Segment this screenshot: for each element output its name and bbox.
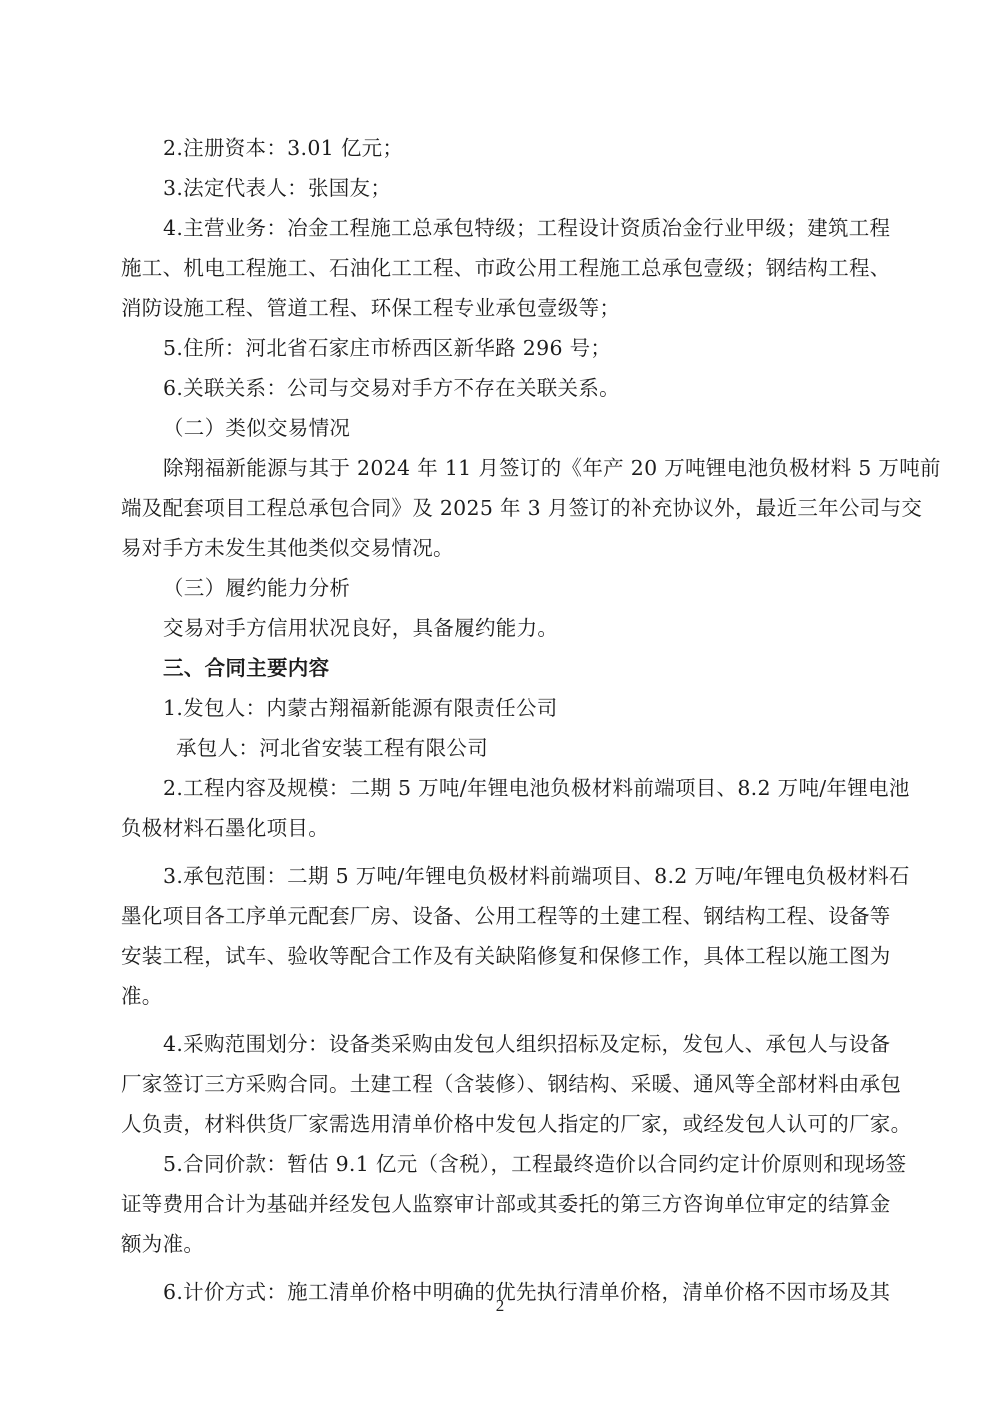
- text-line-heading-capacity: （三）履约能力分析: [121, 568, 883, 608]
- text-line-main-business-3: 消防设施工程、管道工程、环保工程专业承包壹级等；: [121, 288, 883, 328]
- document-page: 2.注册资本：3.01 亿元；3.法定代表人：张国友；4.主营业务：冶金工程施工…: [0, 0, 1000, 1414]
- text-line-range-1: 3.承包范围：二期 5 万吨/年锂电负极材料前端项目、8.2 万吨/年锂电负极材…: [121, 856, 883, 896]
- text-line-contractor: 承包人：河北省安装工程有限公司: [121, 728, 883, 768]
- text-line-legal-rep: 3.法定代表人：张国友；: [121, 168, 883, 208]
- text-line-range-2: 墨化项目各工序单元配套厂房、设备、公用工程等的土建工程、钢结构工程、设备等: [121, 896, 883, 936]
- text-line-similar-2: 端及配套项目工程总承包合同》及 2025 年 3 月签订的补充协议外，最近三年公…: [121, 488, 883, 528]
- text-line-main-business-1: 4.主营业务：冶金工程施工总承包特级；工程设计资质冶金行业甲级；建筑工程: [121, 208, 883, 248]
- text-line-procure-2: 厂家签订三方采购合同。土建工程（含装修）、钢结构、采暖、通风等全部材料由承包: [121, 1064, 883, 1104]
- text-line-address: 5.住所：河北省石家庄市桥西区新华路 296 号；: [121, 328, 883, 368]
- text-line-procure-3: 人负责，材料供货厂家需选用清单价格中发包人指定的厂家，或经发包人认可的厂家。: [121, 1104, 883, 1144]
- text-line-heading-similar: （二）类似交易情况: [121, 408, 883, 448]
- text-line-similar-3: 易对手方未发生其他类似交易情况。: [121, 528, 883, 568]
- text-line-capacity: 交易对手方信用状况良好，具备履约能力。: [121, 608, 883, 648]
- text-line-range-4: 准。: [121, 976, 883, 1016]
- text-line-price-3: 额为准。: [121, 1224, 883, 1264]
- page-number: 2: [0, 1296, 1000, 1316]
- paragraph-gap: [121, 1016, 883, 1024]
- text-line-heading-contract: 三、合同主要内容: [121, 648, 883, 688]
- text-line-main-business-2: 施工、机电工程施工、石油化工工程、市政公用工程施工总承包壹级；钢结构工程、: [121, 248, 883, 288]
- text-line-price-2: 证等费用合计为基础并经发包人监察审计部或其委托的第三方咨询单位审定的结算金: [121, 1184, 883, 1224]
- text-line-scope-2: 负极材料石墨化项目。: [121, 808, 883, 848]
- text-line-procure-1: 4.采购范围划分：设备类采购由发包人组织招标及定标，发包人、承包人与设备: [121, 1024, 883, 1064]
- document-body: 2.注册资本：3.01 亿元；3.法定代表人：张国友；4.主营业务：冶金工程施工…: [121, 128, 883, 1312]
- paragraph-gap: [121, 848, 883, 856]
- text-line-relationship: 6.关联关系：公司与交易对手方不存在关联关系。: [121, 368, 883, 408]
- text-line-scope-1: 2.工程内容及规模：二期 5 万吨/年锂电池负极材料前端项目、8.2 万吨/年锂…: [121, 768, 883, 808]
- text-line-price-1: 5.合同价款：暂估 9.1 亿元（含税），工程最终造价以合同约定计价原则和现场签: [121, 1144, 883, 1184]
- paragraph-gap: [121, 1264, 883, 1272]
- text-line-range-3: 安装工程，试车、验收等配合工作及有关缺陷修复和保修工作，具体工程以施工图为: [121, 936, 883, 976]
- text-line-similar-1: 除翔福新能源与其于 2024 年 11 月签订的《年产 20 万吨锂电池负极材料…: [121, 448, 883, 488]
- text-line-reg-capital: 2.注册资本：3.01 亿元；: [121, 128, 883, 168]
- text-line-employer: 1.发包人：内蒙古翔福新能源有限责任公司: [121, 688, 883, 728]
